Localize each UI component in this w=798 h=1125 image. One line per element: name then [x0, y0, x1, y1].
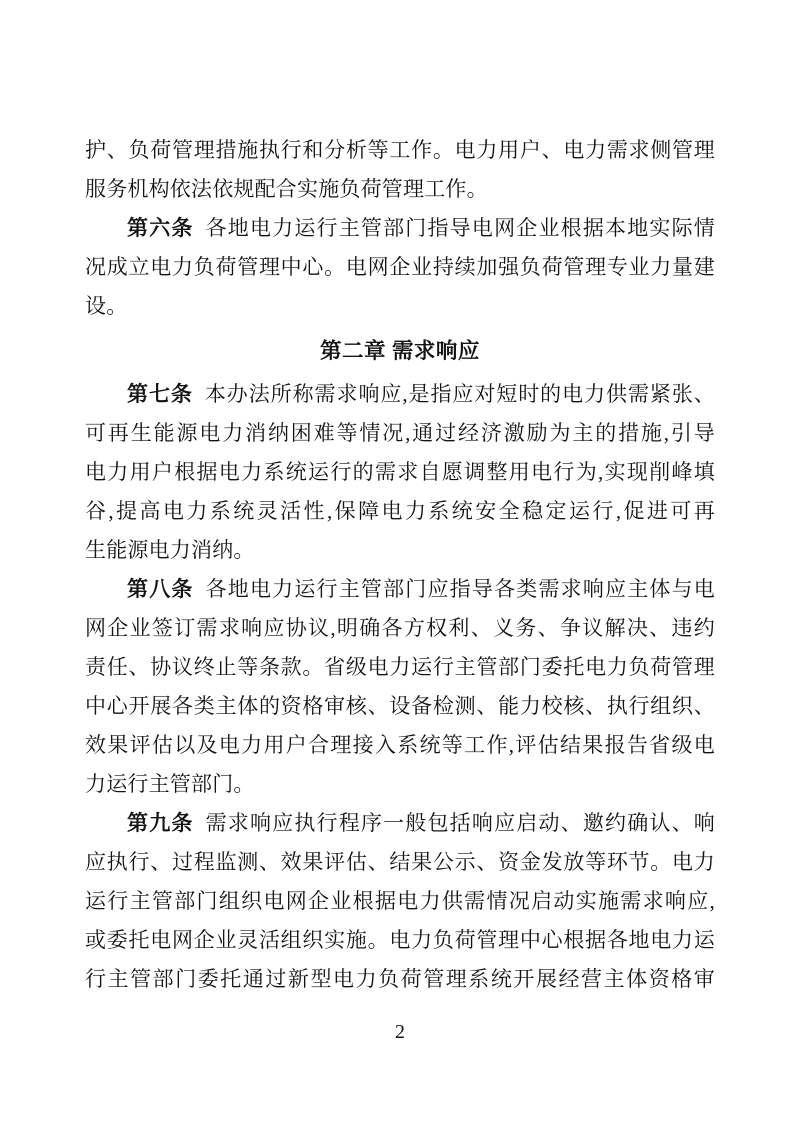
- article-7-first-line: 第七条本办法所称需求响应,是指应对短时的电力供需紧张、: [85, 375, 715, 414]
- paragraph-line: 中心开展各类主体的资格审核、设备检测、能力校核、执行组织、: [85, 687, 715, 726]
- paragraph-line: 力运行主管部门。: [85, 765, 715, 804]
- paragraph-line: 设。: [85, 287, 715, 326]
- article-6-first-line: 第六条各地电力运行主管部门指导电网企业根据本地实际情: [85, 209, 715, 248]
- article-8-text: 各地电力运行主管部门应指导各类需求响应主体与电: [206, 577, 715, 601]
- paragraph-line: 况成立电力负荷管理中心。电网企业持续加强负荷管理专业力量建: [85, 248, 715, 287]
- article-8-label: 第八条: [127, 577, 194, 601]
- paragraph-line: 责任、协议终止等条款。省级电力运行主管部门委托电力负荷管理: [85, 648, 715, 687]
- paragraph-line: 网企业签订需求响应协议,明确各方权利、义务、争议解决、违约: [85, 609, 715, 648]
- paragraph-line: 行主管部门委托通过新型电力负荷管理系统开展经营主体资格审: [85, 960, 715, 999]
- page-number: 2: [85, 1019, 715, 1045]
- article-8-first-line: 第八条各地电力运行主管部门应指导各类需求响应主体与电: [85, 570, 715, 609]
- article-6-label: 第六条: [127, 216, 194, 240]
- article-6-text: 各地电力运行主管部门指导电网企业根据本地实际情: [206, 216, 715, 240]
- paragraph-line: 谷,提高电力系统灵活性,保障电力系统安全稳定运行,促进可再: [85, 492, 715, 531]
- article-9-label: 第九条: [127, 811, 194, 835]
- article-9-first-line: 第九条需求响应执行程序一般包括响应启动、邀约确认、响: [85, 804, 715, 843]
- paragraph-line: 或委托电网企业灵活组织实施。电力负荷管理中心根据各地电力运: [85, 921, 715, 960]
- chapter-heading: 第二章 需求响应: [85, 332, 715, 371]
- paragraph-line: 护、负荷管理措施执行和分析等工作。电力用户、电力需求侧管理: [85, 131, 715, 170]
- paragraph-line: 生能源电力消纳。: [85, 531, 715, 570]
- document-body: 护、负荷管理措施执行和分析等工作。电力用户、电力需求侧管理 服务机构依法依规配合…: [85, 0, 715, 1045]
- paragraph-line: 应执行、过程监测、效果评估、结果公示、资金发放等环节。电力: [85, 843, 715, 882]
- article-9-text: 需求响应执行程序一般包括响应启动、邀约确认、响: [206, 811, 715, 835]
- article-7-text: 本办法所称需求响应,是指应对短时的电力供需紧张、: [205, 382, 715, 406]
- paragraph-line: 电力用户根据电力系统运行的需求自愿调整用电行为,实现削峰填: [85, 453, 715, 492]
- document-page: 护、负荷管理措施执行和分析等工作。电力用户、电力需求侧管理 服务机构依法依规配合…: [0, 0, 798, 1125]
- paragraph-line: 效果评估以及电力用户合理接入系统等工作,评估结果报告省级电: [85, 726, 715, 765]
- article-7-label: 第七条: [127, 382, 193, 406]
- paragraph-line: 可再生能源电力消纳困难等情况,通过经济激励为主的措施,引导: [85, 414, 715, 453]
- paragraph-line: 运行主管部门组织电网企业根据电力供需情况启动实施需求响应,: [85, 882, 715, 921]
- paragraph-line: 服务机构依法依规配合实施负荷管理工作。: [85, 170, 715, 209]
